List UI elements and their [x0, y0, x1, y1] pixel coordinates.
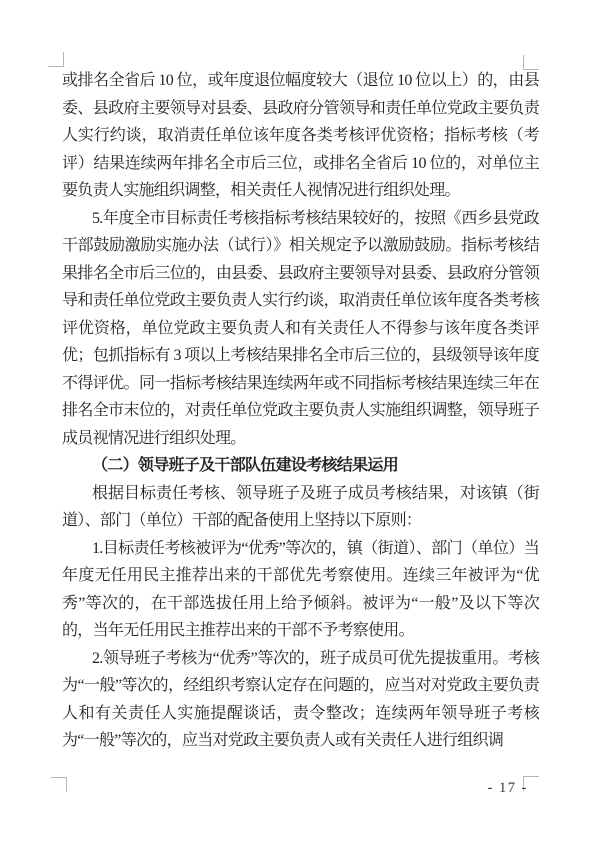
section-heading: （二）领导班子及干部队伍建设考核结果运用: [62, 452, 539, 480]
crop-mark-bottom-left: [51, 777, 67, 792]
paragraph-continuation: 或排名全省后 10 位，或年度退位幅度较大（退位 10 位以上）的，由县委、县政…: [62, 67, 539, 205]
paragraph-item-1: 1.目标责任考核被评为“优秀”等次的，镇（街道）、部门（单位）当年度无任用民主推…: [62, 535, 539, 645]
paragraph-item-5: 5.年度全市目标责任考核指标考核结果较好的，按照《西乡县党政干部鼓励激励实施办法…: [62, 205, 539, 453]
paragraph-item-2: 2.领导班子考核为“优秀”等次的，班子成员可优先提拔重用。考核为“一般”等次的，…: [62, 645, 539, 755]
document-page: 或排名全省后 10 位，或年度退位幅度较大（退位 10 位以上）的，由县委、县政…: [0, 0, 592, 842]
document-body: 或排名全省后 10 位，或年度退位幅度较大（退位 10 位以上）的，由县委、县政…: [62, 67, 539, 755]
page-number: - 17 -: [488, 780, 528, 797]
paragraph-principles-intro: 根据目标责任考核、领导班子及班子成员考核结果，对该镇（街道）、部门（单位）干部的…: [62, 480, 539, 535]
crop-mark-top-left: [48, 52, 64, 67]
